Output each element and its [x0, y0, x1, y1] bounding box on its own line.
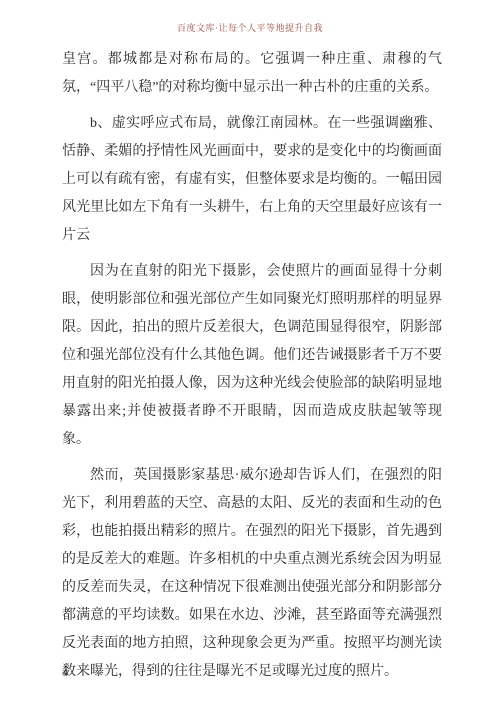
document-body: 皇宫。都城都是对称布局的。它强调一种庄重、肃穆的气氛，“四平八稳”的对称均衡中显… [62, 46, 442, 694]
paragraph-keith-wilson: 然而，英国摄影家基思·威尔逊却告诉人们，在强烈的阳光下，利用碧蓝的天空、高悬的太… [62, 462, 442, 686]
document-page: 百度文库·让每个人平等地提升自我 皇宫。都城都是对称布局的。它强调一种庄重、肃穆… [0, 0, 500, 707]
page-number: 4 [62, 665, 68, 680]
paragraph-virtual-real-layout: b、虚实呼应式布局，就像江南园林。在一些强调幽雅、恬静、柔媚的抒情性风光画面中，… [62, 110, 442, 250]
baidu-wenku-watermark: 百度文库·让每个人平等地提升自我 [0, 21, 500, 34]
paragraph-symmetry-layout: 皇宫。都城都是对称布局的。它强调一种庄重、肃穆的气氛，“四平八稳”的对称均衡中显… [62, 46, 442, 102]
paragraph-direct-sunlight: 因为在直射的阳光下摄影，会使照片的画面显得十分刺眼，使明影部位和强光部位产生如同… [62, 258, 442, 454]
